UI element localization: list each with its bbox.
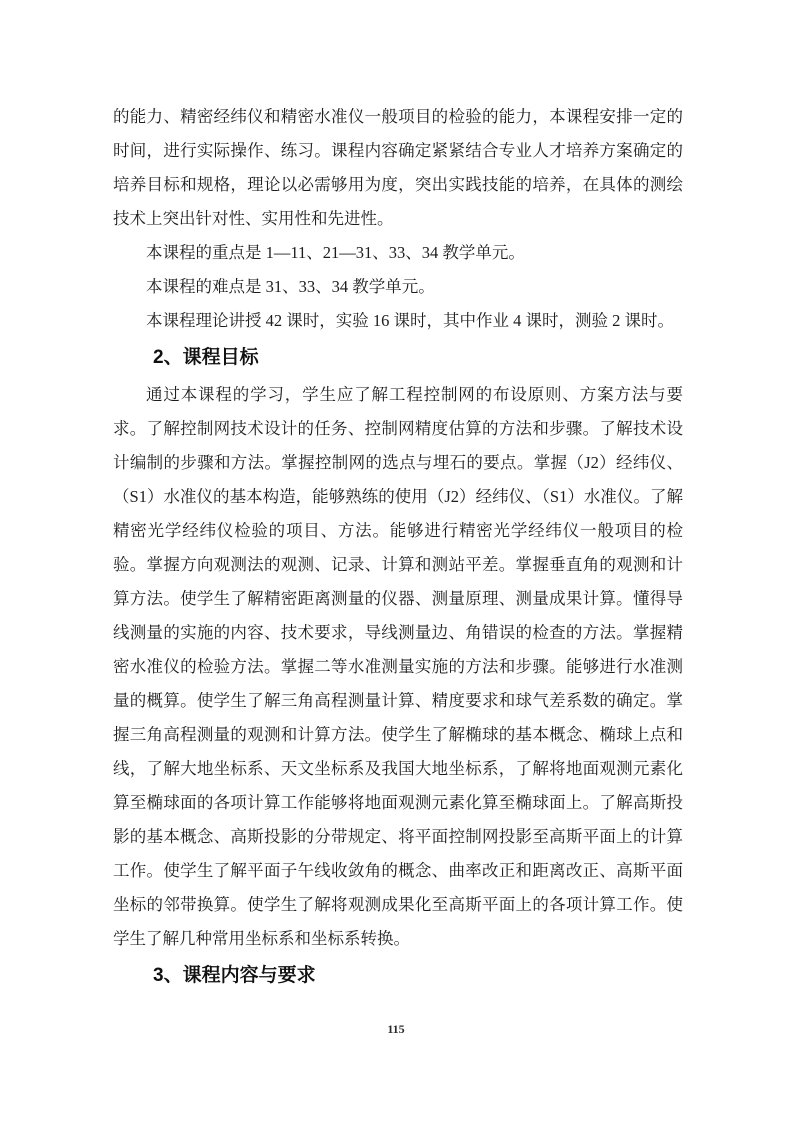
body-paragraph-class-hours: 本课程理论讲授 42 课时，实验 16 课时，其中作业 4 课时，测验 2 课时… <box>113 304 683 338</box>
body-paragraph-continuation: 的能力、精密经纬仪和精密水准仪一般项目的检验的能力，本课程安排一定的时间，进行实… <box>113 100 683 236</box>
body-paragraph-course-objectives: 通过本课程的学习，学生应了解工程控制网的布设原则、方案方法与要求。了解控制网技术… <box>113 378 683 956</box>
section-heading-course-objectives: 2、课程目标 <box>113 340 683 376</box>
body-paragraph-difficult-points: 本课程的难点是 31、33、34 教学单元。 <box>113 270 683 304</box>
section-heading-course-content-requirements: 3、课程内容与要求 <box>113 958 683 994</box>
body-paragraph-key-points: 本课程的重点是 1—11、21—31、33、34 教学单元。 <box>113 236 683 270</box>
page-text-block: 的能力、精密经纬仪和精密水准仪一般项目的检验的能力，本课程安排一定的时间，进行实… <box>113 100 683 996</box>
page-number: 115 <box>0 1022 792 1037</box>
document-page: 的能力、精密经纬仪和精密水准仪一般项目的检验的能力，本课程安排一定的时间，进行实… <box>0 0 792 1122</box>
